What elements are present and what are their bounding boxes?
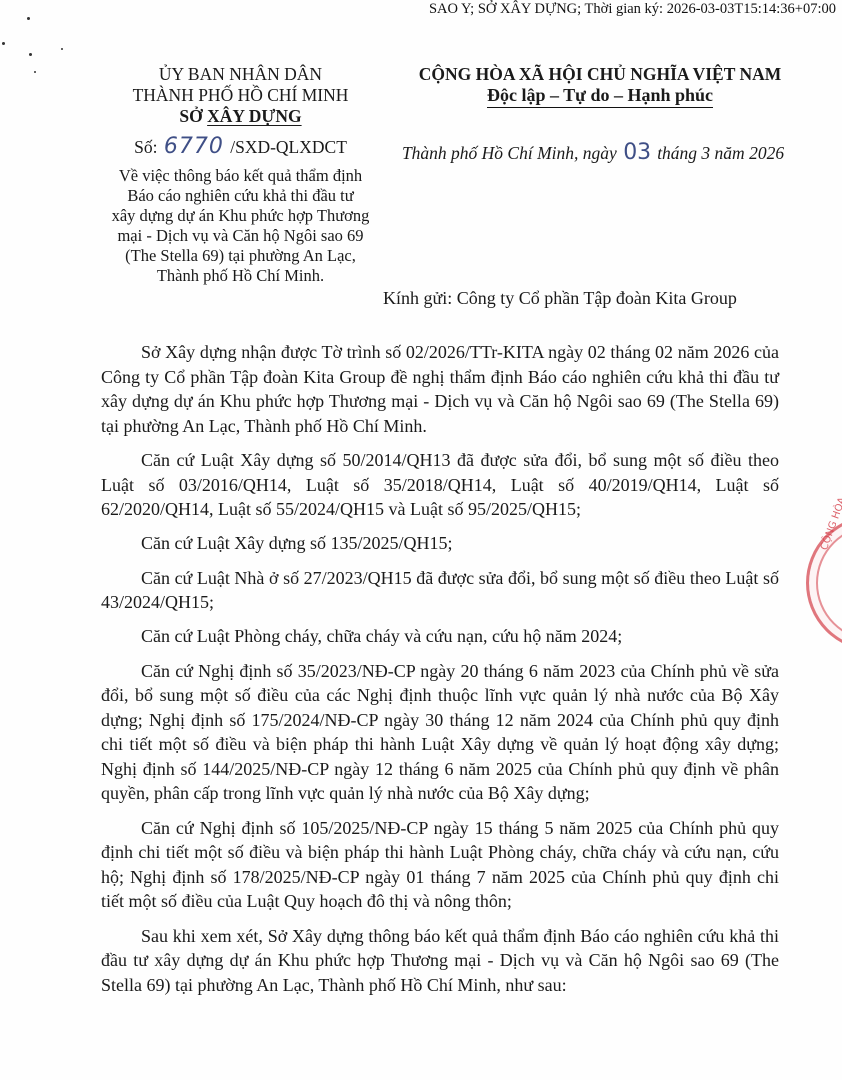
issuer-block: ỦY BAN NHÂN DÂN THÀNH PHỐ HỒ CHÍ MINH SỞ… <box>88 64 393 286</box>
subject-line: Thành phố Hồ Chí Minh. <box>88 266 393 286</box>
seal-text: CỘNG HÒA <box>819 496 842 552</box>
scan-speck <box>29 53 32 56</box>
department-underlined: XÂY DỰNG <box>207 106 301 126</box>
body-paragraph: Sở Xây dựng nhận được Tờ trình số 02/202… <box>101 340 779 438</box>
date-line: Thành phố Hồ Chí Minh, ngày 03tháng 3 nă… <box>393 140 793 165</box>
body-paragraph: Căn cứ Luật Xây dựng số 50/2014/QH13 đã … <box>101 448 779 522</box>
issuer-line-2: THÀNH PHỐ HỒ CHÍ MINH <box>88 85 393 106</box>
recipient: Kính gửi: Công ty Cổ phần Tập đoàn Kita … <box>383 288 737 309</box>
date-prefix: Thành phố Hồ Chí Minh, ngày <box>402 143 617 163</box>
country-name: CỘNG HÒA XÃ HỘI CHỦ NGHĨA VIỆT NAM <box>388 64 812 85</box>
scan-speck <box>34 71 36 73</box>
document-body: Sở Xây dựng nhận được Tờ trình số 02/202… <box>101 340 779 1007</box>
subject-line: xây dựng dự án Khu phức hợp Thương <box>88 206 393 226</box>
doc-number-suffix: /SXD-QLXDCT <box>230 137 347 157</box>
body-paragraph: Căn cứ Luật Phòng cháy, chữa cháy và cứu… <box>101 624 779 649</box>
body-paragraph: Căn cứ Luật Xây dựng số 135/2025/QH15; <box>101 531 779 556</box>
issuer-line-1: ỦY BAN NHÂN DÂN <box>88 64 393 85</box>
subject-line: (The Stella 69) tại phường An Lạc, <box>88 246 393 266</box>
subject-line: mại - Dịch vụ và Căn hộ Ngôi sao 69 <box>88 226 393 246</box>
doc-number-handwritten: 6770 <box>164 134 224 159</box>
scan-speck <box>61 48 63 50</box>
department-prefix: SỞ <box>179 106 207 126</box>
body-paragraph: Căn cứ Luật Nhà ở số 27/2023/QH15 đã đượ… <box>101 566 779 615</box>
body-paragraph: Căn cứ Nghị định số 105/2025/NĐ-CP ngày … <box>101 816 779 914</box>
subject-line: Về việc thông báo kết quả thẩm định <box>88 166 393 186</box>
scan-speck <box>2 42 5 45</box>
scan-speck <box>27 17 30 20</box>
date-suffix: tháng 3 năm 2026 <box>657 143 784 163</box>
national-motto: Độc lập – Tự do – Hạnh phúc <box>487 85 713 108</box>
document-subject: Về việc thông báo kết quả thẩm định Báo … <box>88 166 393 286</box>
subject-line: Báo cáo nghiên cứu khả thi đầu tư <box>88 186 393 206</box>
doc-number-label: Số: <box>134 137 157 157</box>
digital-signature-stamp: SAO Y; SỞ XÂY DỰNG; Thời gian ký: 2026-0… <box>429 1 836 18</box>
document-number: Số: 6770 /SXD-QLXDCT <box>88 136 393 158</box>
date-day-handwritten: 03 <box>623 140 651 165</box>
official-seal-icon: CỘNG HÒA <box>806 515 842 651</box>
department-name: SỞ XÂY DỰNG <box>88 106 393 127</box>
body-paragraph: Căn cứ Nghị định số 35/2023/NĐ-CP ngày 2… <box>101 659 779 807</box>
body-paragraph: Sau khi xem xét, Sở Xây dựng thông báo k… <box>101 924 779 998</box>
national-header: CỘNG HÒA XÃ HỘI CHỦ NGHĨA VIỆT NAM Độc l… <box>388 64 812 108</box>
